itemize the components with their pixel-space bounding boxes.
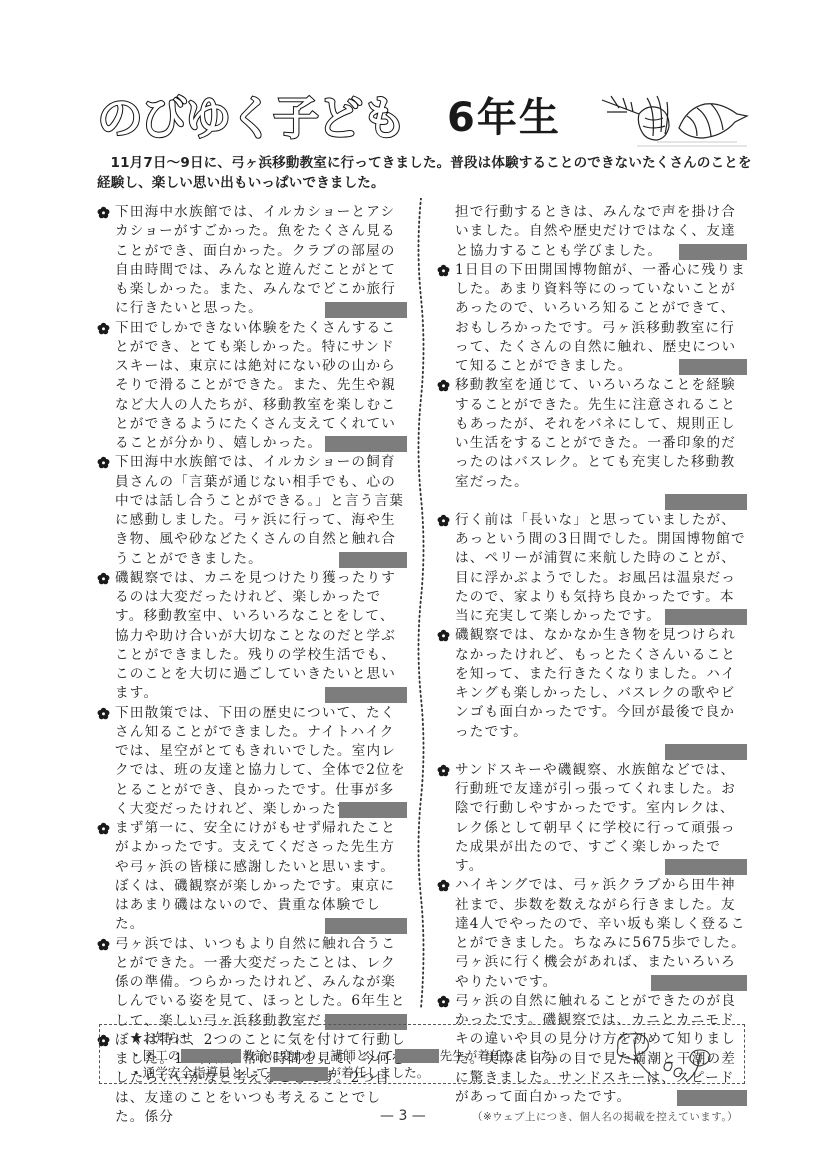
shells-icon bbox=[597, 88, 757, 152]
comment-text: 磯観察では、なかなか生き物を見つけられなかったけれど、もっとたくさんいることを知… bbox=[455, 626, 747, 742]
redaction-box bbox=[665, 859, 747, 875]
redaction-box bbox=[677, 1090, 747, 1106]
comment-entry: まず第一に、安全にけがもせず帰れたことがよかったです。支えてくださった先生方や弓… bbox=[97, 819, 407, 934]
privacy-note: （※ウェブ上につき、個人名の掲載を控えています。） bbox=[472, 1109, 738, 1124]
notice-text: が着任しました。 bbox=[329, 1065, 430, 1080]
flower-bullet-icon bbox=[97, 322, 110, 335]
redaction-box bbox=[325, 302, 407, 318]
redaction-box bbox=[325, 918, 407, 934]
comment-entry: 磯観察では、なかなか生き物を見つけられなかったけれど、もっとたくさんいることを知… bbox=[437, 626, 747, 760]
notice-item-2: ・通学安全指導員としてが着任しました。 bbox=[130, 1064, 565, 1082]
comment-entry: 下田海中水族館では、イルカショーとアシカショーがすごかった。魚をたくさん見ること… bbox=[97, 203, 407, 318]
flower-bullet-icon bbox=[97, 707, 110, 720]
flower-bullet-icon bbox=[437, 629, 450, 642]
comment-entry: 下田でしかできない体験をたくさんすることができ、とても楽しかった。特にサンドスキ… bbox=[97, 319, 407, 453]
comment-entry: 弓ヶ浜では、いつもより自然に触れ合うことができた。一番大変だったことは、レク係の… bbox=[97, 935, 407, 1030]
comment-entry: サンドスキーや磯観察、水族館などでは、行動班で友達が引っ張ってくれました。お陰で… bbox=[437, 761, 747, 876]
grade-title: 6年生 bbox=[447, 92, 561, 144]
flower-bullet-icon bbox=[437, 264, 450, 277]
redaction-box bbox=[651, 975, 747, 991]
comment-entry: 下田散策では、下田の歴史について、たくさん知ることができました。ナイトハイクでは… bbox=[97, 704, 407, 819]
notice-text: ・通学安全指導員として bbox=[130, 1065, 269, 1080]
notice-text: 先生が着任しました。 bbox=[440, 1048, 566, 1063]
comment-entry: 1日目の下田開国博物館が、一番心に残りました。あまり資料等にのっていないことがあ… bbox=[437, 261, 747, 376]
comment-entry: 移動教室を通じて、いろいろなことを経験することができた。先生に注意されることもあ… bbox=[437, 376, 747, 510]
flower-bullet-icon bbox=[97, 938, 110, 951]
redaction-box bbox=[339, 802, 407, 818]
redaction-box bbox=[665, 744, 747, 760]
page-title: のびゆく子ども bbox=[97, 90, 405, 146]
flower-bullet-icon bbox=[97, 822, 110, 835]
redaction-box bbox=[181, 1049, 241, 1063]
comment-text: 下田でしかできない体験をたくさんすることができ、とても楽しかった。特にサンドスキ… bbox=[115, 319, 407, 454]
comment-text: 移動教室を通じて、いろいろなことを経験することができた。先生に注意されることもあ… bbox=[455, 376, 747, 492]
flower-bullet-icon bbox=[437, 995, 450, 1008]
redaction-box bbox=[665, 494, 747, 510]
notice-item-1: ・図工の教諭に変わり、講師として先生が着任しました。 bbox=[130, 1047, 565, 1065]
right-column: 担で行動するときは、みんなで声を掛け合いました。自然や歴史だけではなく、友達と協… bbox=[437, 203, 747, 1107]
comment-text: 磯観察では、カニを見つけたり獲ったりするのは大変だったけれど、楽しかったです。移… bbox=[115, 569, 407, 704]
comment-entry: 下田海中水族館では、イルカショーの飼育員さんの「言葉が通じない相手でも、心の中で… bbox=[97, 453, 407, 568]
page-number: — 3 — bbox=[380, 1108, 426, 1124]
notice-heading: ★お知らせ bbox=[130, 1029, 565, 1047]
redaction-box bbox=[339, 552, 407, 568]
flower-bullet-icon bbox=[97, 456, 110, 469]
redaction-box bbox=[395, 1049, 439, 1063]
comment-entry: 磯観察では、カニを見つけたり獲ったりするのは大変だったけれど、楽しかったです。移… bbox=[97, 569, 407, 703]
comment-entry: ハイキングでは、弓ヶ浜クラブから田牛神社まで、歩数を数えながら行きました。友達4… bbox=[437, 876, 747, 991]
redaction-box bbox=[679, 244, 747, 260]
flower-bullet-icon bbox=[437, 514, 450, 527]
redaction-box bbox=[270, 1067, 328, 1081]
intro-paragraph: 11月7日〜9日に、弓ヶ浜移動教室に行ってきました。普段は体験することのできない… bbox=[97, 153, 757, 193]
redaction-box bbox=[665, 609, 747, 625]
dotted-divider bbox=[414, 198, 428, 1008]
flower-bullet-icon bbox=[437, 379, 450, 392]
page-header: のびゆく子ども 6年生 bbox=[97, 88, 757, 148]
comment-entry: 行く前は「長いな」と思っていましたが、あっという間の3日間でした。開国博物館では… bbox=[437, 511, 747, 626]
flower-bullet-icon bbox=[437, 879, 450, 892]
flower-bullet-icon bbox=[437, 764, 450, 777]
notice-text: 教諭に変わり、講師として bbox=[242, 1048, 393, 1063]
redaction-box bbox=[325, 687, 407, 703]
redaction-box bbox=[679, 359, 747, 375]
flower-bullet-icon bbox=[97, 572, 110, 585]
ginkgo-leaves-icon bbox=[604, 1028, 734, 1084]
flower-bullet-icon bbox=[97, 206, 110, 219]
comment-entry: 担で行動するときは、みんなで声を掛け合いました。自然や歴史だけではなく、友達と協… bbox=[437, 203, 747, 260]
notice-box: ★お知らせ ・図工の教諭に変わり、講師として先生が着任しました。 ・通学安全指導… bbox=[99, 1024, 745, 1084]
notice-text: ・図工の bbox=[130, 1048, 180, 1063]
left-column: 下田海中水族館では、イルカショーとアシカショーがすごかった。魚をたくさん見ること… bbox=[97, 203, 407, 1127]
redaction-box bbox=[325, 436, 407, 452]
